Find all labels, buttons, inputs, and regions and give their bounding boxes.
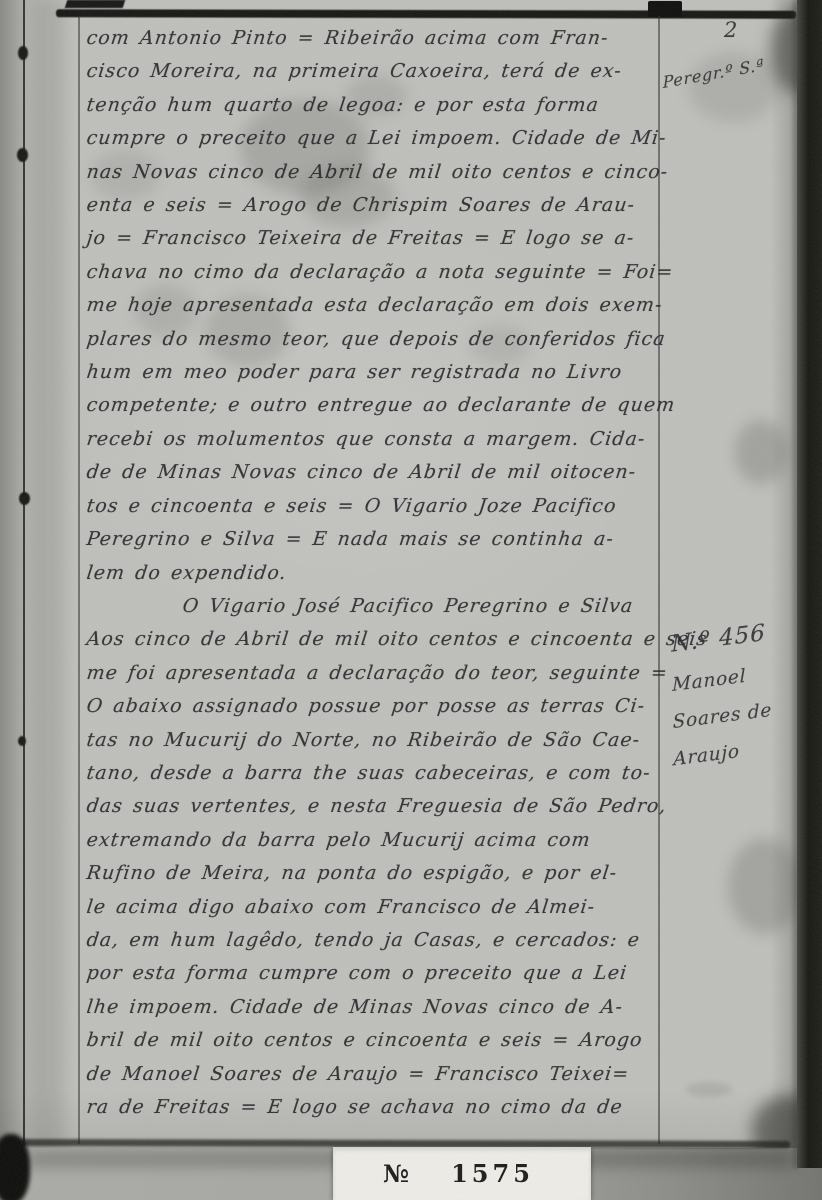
bottom-left-mark bbox=[0, 1134, 30, 1200]
binding-tab bbox=[648, 1, 682, 17]
manuscript-line: jo = Francisco Teixeira de Freitas = E l… bbox=[84, 227, 656, 260]
margin-rule-left bbox=[78, 16, 80, 1144]
binding-stitch-seam bbox=[23, 0, 25, 1146]
paper-stain bbox=[728, 838, 802, 934]
margin-entry-name: ManoelSoares deAraujo bbox=[672, 651, 803, 778]
manuscript-line: O Vigario José Pacifico Peregrino e Silv… bbox=[84, 595, 656, 628]
manuscript-line: Aos cinco de Abril de mil oito centos e … bbox=[84, 628, 656, 661]
manuscript-line: cisco Moreira, na primeira Caxoeira, ter… bbox=[84, 60, 656, 93]
faint-smudge bbox=[686, 1082, 732, 1097]
manuscript-line: lhe impoem. Cidade de Minas Novas cinco … bbox=[84, 996, 656, 1029]
manuscript-line: hum em meo poder para ser registrada no … bbox=[84, 361, 656, 394]
manuscript-line: das suas vertentes, e nesta Freguesia de… bbox=[84, 795, 656, 828]
scanned-manuscript-photo: com Antonio Pinto = Ribeirão acima com F… bbox=[0, 0, 822, 1200]
stitch-knot bbox=[19, 492, 30, 505]
manuscript-line: tano, desde a barra the suas cabeceiras,… bbox=[84, 762, 656, 795]
manuscript-line: nas Novas cinco de Abril de mil oito cen… bbox=[84, 161, 656, 194]
numero-sign: № bbox=[383, 1159, 409, 1188]
book-edge bbox=[797, 0, 822, 1168]
manuscript-line: extremando da barra pelo Mucurij acima c… bbox=[84, 829, 656, 862]
archive-number-label: № 1575 bbox=[333, 1147, 591, 1200]
paper-stain bbox=[735, 420, 787, 484]
manuscript-line: Rufino de Meira, na ponta do espigão, e … bbox=[84, 862, 656, 895]
stitch-knot bbox=[18, 736, 26, 746]
manuscript-line: ra de Freitas = E logo se achava no cimo… bbox=[84, 1096, 656, 1129]
manuscript-line: com Antonio Pinto = Ribeirão acima com F… bbox=[84, 27, 656, 60]
manuscript-line: da, em hum lagêdo, tendo ja Casas, e cer… bbox=[84, 929, 656, 962]
manuscript-line: de Manoel Soares de Araujo = Francisco T… bbox=[84, 1063, 656, 1096]
page-top-edge bbox=[56, 9, 796, 19]
margin-rule-right bbox=[658, 16, 660, 1144]
manuscript-line: tenção hum quarto de legoa: e por esta f… bbox=[84, 94, 656, 127]
margin-entry: N.º 456 ManoelSoares deAraujo bbox=[671, 616, 803, 779]
manuscript-line: por esta forma cumpre com o preceito que… bbox=[84, 962, 656, 995]
manuscript-line: tos e cincoenta e seis = O Vigario Joze … bbox=[84, 495, 656, 528]
manuscript-line: Peregrino e Silva = E nada mais se conti… bbox=[84, 528, 656, 561]
manuscript-line: plares do mesmo teor, que depois de conf… bbox=[84, 328, 656, 361]
manuscript-line: me hoje apresentada esta declaração em d… bbox=[84, 294, 656, 327]
gutter-shadow bbox=[34, 0, 64, 1150]
top-edge-mark bbox=[65, 0, 126, 8]
manuscript-line: lem do expendido. bbox=[84, 562, 656, 595]
manuscript-line: competente; e outro entregue ao declaran… bbox=[84, 394, 656, 427]
manuscript-line: bril de mil oito centos e cincoenta e se… bbox=[84, 1029, 656, 1062]
manuscript-line: de de Minas Novas cinco de Abril de mil … bbox=[84, 461, 656, 494]
page-number: 2 bbox=[724, 18, 738, 42]
archive-number: 1575 bbox=[451, 1159, 534, 1188]
stitch-knot bbox=[17, 148, 28, 162]
manuscript-line: cumpre o preceito que a Lei impoem. Cida… bbox=[84, 127, 656, 160]
stitch-knot bbox=[18, 46, 28, 60]
manuscript-line: me foi apresentada a declaração do teor,… bbox=[84, 662, 656, 695]
manuscript-line: le acima digo abaixo com Francisco de Al… bbox=[84, 896, 656, 929]
manuscript-line: enta e seis = Arogo de Chrispim Soares d… bbox=[84, 194, 656, 227]
manuscript-line: chava no cimo da declaração a nota segui… bbox=[84, 261, 656, 294]
manuscript-line: tas no Mucurij do Norte, no Ribeirão de … bbox=[84, 729, 656, 762]
manuscript-text: com Antonio Pinto = Ribeirão acima com F… bbox=[86, 27, 654, 1129]
manuscript-line: O abaixo assignado possue por posse as t… bbox=[84, 695, 656, 728]
manuscript-line: recebi os molumentos que consta a margem… bbox=[84, 428, 656, 461]
